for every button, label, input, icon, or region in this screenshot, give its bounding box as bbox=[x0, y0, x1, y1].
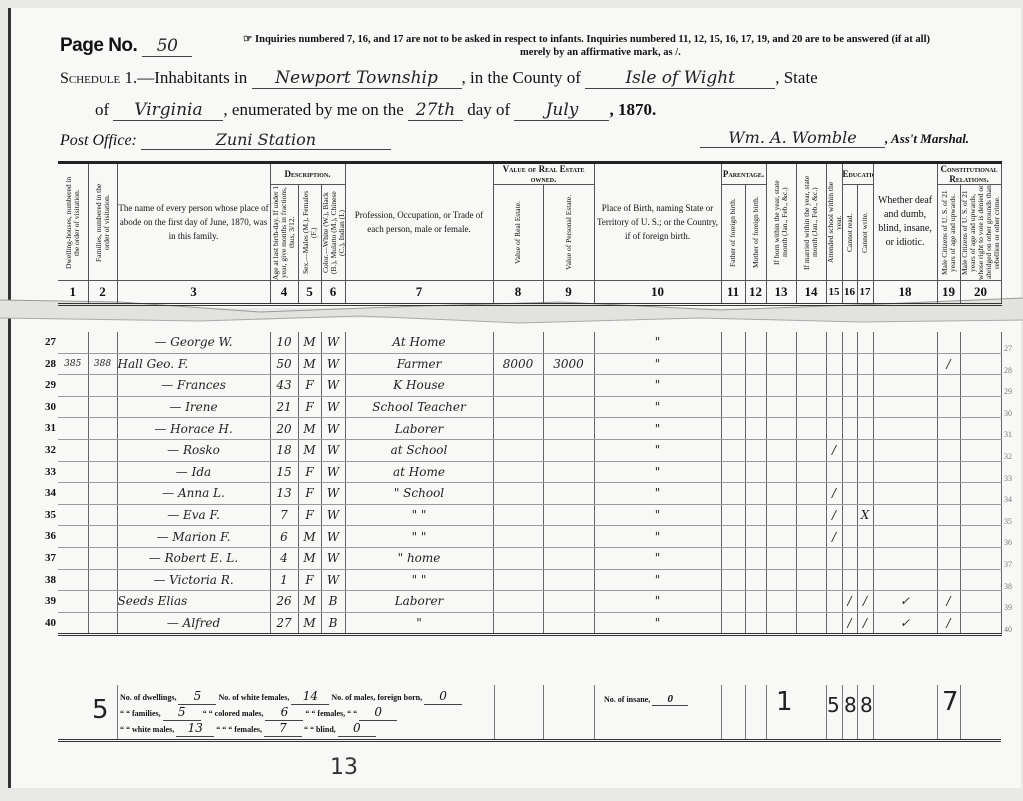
cell-married-month bbox=[796, 612, 826, 635]
cell-name: — Victoria R. bbox=[117, 569, 270, 591]
group-header-education: Education. bbox=[842, 163, 873, 185]
cell-name: — Anna L. bbox=[117, 483, 270, 505]
cell-school: / bbox=[826, 483, 842, 505]
cell-cannot-read bbox=[842, 547, 857, 569]
cell-cannot-read bbox=[842, 418, 857, 440]
post-office-label: Post Office: bbox=[60, 132, 141, 149]
cell-school: / bbox=[826, 439, 842, 461]
cell-born-month bbox=[766, 547, 796, 569]
cell-birthplace: " bbox=[594, 612, 721, 635]
cell-vote-denied bbox=[960, 504, 1001, 526]
cell-father-foreign bbox=[721, 591, 745, 613]
cell-age: 27 bbox=[270, 612, 298, 635]
cell-cannot-write bbox=[857, 483, 873, 505]
cell-father-foreign bbox=[721, 332, 745, 353]
cell-vote-denied bbox=[960, 353, 1001, 375]
cell-name: — Marion F. bbox=[117, 526, 270, 548]
line-number: 31 bbox=[30, 418, 56, 440]
cell-mother-foreign bbox=[745, 375, 766, 397]
cell-name: Hall Geo. F. bbox=[117, 353, 270, 375]
line-number: 30 bbox=[30, 397, 56, 419]
post-office-line: Post Office: Zuni Station bbox=[60, 130, 391, 150]
cell-dwelling bbox=[58, 569, 88, 591]
column-number-row: 1 2 3 4 5 6 7 8 9 10 11 12 13 14 15 16 1… bbox=[58, 281, 1001, 305]
col-number: 18 bbox=[873, 281, 937, 305]
line-number: 40 bbox=[1004, 613, 1020, 635]
col-number: 1 bbox=[58, 281, 88, 305]
foreign-females-label: “ “ females, “ “ bbox=[305, 709, 357, 718]
county-label: , in the County of bbox=[462, 68, 586, 87]
cell-birthplace: " bbox=[594, 504, 721, 526]
page-summary: 5 No. of dwellings, 5 No. of white femal… bbox=[58, 685, 1001, 742]
cell-occupation: at School bbox=[345, 439, 493, 461]
cell-male-citizen: / bbox=[937, 353, 960, 375]
cell-age: 43 bbox=[270, 375, 298, 397]
cell-sex: M bbox=[298, 418, 321, 440]
table-row: — Irene21FWSchool Teacher" bbox=[58, 396, 1001, 418]
cell-occupation: " " bbox=[345, 504, 493, 526]
cell-father-foreign bbox=[721, 526, 745, 548]
cell-sex: M bbox=[298, 439, 321, 461]
cell-age: 26 bbox=[270, 591, 298, 613]
cell-male-citizen bbox=[937, 526, 960, 548]
cell-vote-denied bbox=[960, 461, 1001, 483]
of-label: of bbox=[95, 100, 113, 119]
table-row: 385388Hall Geo. F.50MWFarmer80003000"/ bbox=[58, 353, 1001, 375]
cell-name: — Irene bbox=[117, 396, 270, 418]
cell-color: W bbox=[321, 483, 345, 505]
cell-father-foreign bbox=[721, 375, 745, 397]
cell-name: — Horace H. bbox=[117, 418, 270, 440]
cell-born-month bbox=[766, 504, 796, 526]
cell-married-month bbox=[796, 461, 826, 483]
cell-married-month bbox=[796, 526, 826, 548]
cell-occupation: At Home bbox=[345, 332, 493, 353]
cell-name: — Ida bbox=[117, 461, 270, 483]
group-header-real-estate: Value of Real Estate owned. bbox=[493, 163, 594, 185]
cell-personal-estate bbox=[543, 439, 594, 461]
col-header-family: Families, numbered in the order of visit… bbox=[88, 163, 117, 281]
cell-cannot-write bbox=[857, 332, 873, 353]
line-number: 32 bbox=[1004, 440, 1020, 462]
cell-birthplace: " bbox=[594, 483, 721, 505]
cell-dwelling bbox=[58, 332, 88, 353]
cell-personal-estate bbox=[543, 418, 594, 440]
cell-birthplace: " bbox=[594, 396, 721, 418]
cell-male-citizen bbox=[937, 461, 960, 483]
col-number: 11 bbox=[721, 281, 745, 305]
cell-color: W bbox=[321, 396, 345, 418]
inquiry-line-2: merely by an affirmative mark, as /. bbox=[243, 46, 930, 59]
cell-mother-foreign bbox=[745, 418, 766, 440]
cell-personal-estate bbox=[543, 483, 594, 505]
col-header-male-citizens: Male Citizens of U. S. of 21 years of ag… bbox=[937, 185, 960, 281]
cell-dwelling bbox=[58, 504, 88, 526]
cell-occupation: Laborer bbox=[345, 418, 493, 440]
dwellings-count: 5 bbox=[178, 689, 216, 705]
cell-age: 4 bbox=[270, 547, 298, 569]
cell-real-estate bbox=[493, 375, 543, 397]
line-number: 29 bbox=[1004, 375, 1020, 397]
inhabitants-table: — George W.10MWAt Home" 385388Hall Geo. … bbox=[58, 332, 1002, 636]
col-number: 2 bbox=[88, 281, 117, 305]
cell-family bbox=[88, 547, 117, 569]
cell-school bbox=[826, 418, 842, 440]
marshal-line: Wm. A. Womble, Ass't Marshal. bbox=[700, 128, 969, 148]
cell-personal-estate bbox=[543, 332, 594, 353]
cell-dwelling bbox=[58, 526, 88, 548]
cell-deaf-blind bbox=[873, 418, 937, 440]
cell-name: — George W. bbox=[117, 332, 270, 353]
cell-male-citizen bbox=[937, 332, 960, 353]
insane-label: No. of insane, bbox=[604, 695, 650, 704]
cell-cannot-write bbox=[857, 396, 873, 418]
cell-real-estate bbox=[493, 332, 543, 353]
cell-real-estate bbox=[493, 591, 543, 613]
col-number: 16 bbox=[842, 281, 857, 305]
cell-cannot-read bbox=[842, 375, 857, 397]
cell-cannot-write bbox=[857, 547, 873, 569]
col-header-married-within-year: If married within the year, state month … bbox=[796, 163, 826, 281]
cell-real-estate bbox=[493, 439, 543, 461]
group-header-constitutional: Constitutional Relations. bbox=[937, 163, 1001, 185]
col-header-cannot-write: Cannot write. bbox=[857, 185, 873, 281]
col-header-real-estate: Value of Real Estate. bbox=[493, 185, 543, 281]
cell-father-foreign bbox=[721, 439, 745, 461]
cell-vote-denied bbox=[960, 591, 1001, 613]
cell-personal-estate bbox=[543, 461, 594, 483]
white-females-count: 14 bbox=[291, 689, 329, 705]
cell-deaf-blind bbox=[873, 526, 937, 548]
cell-deaf-blind: ✓ bbox=[873, 612, 937, 635]
blind-count: 0 bbox=[338, 721, 376, 737]
col-number: 20 bbox=[960, 281, 1001, 305]
cell-family bbox=[88, 439, 117, 461]
footer-annotation: 13 bbox=[330, 755, 358, 780]
cell-name: Seeds Elias bbox=[117, 591, 270, 613]
cell-cannot-write bbox=[857, 375, 873, 397]
table-row: — Ida15FWat Home" bbox=[58, 461, 1001, 483]
cell-cannot-read bbox=[842, 353, 857, 375]
col-header-dwelling: Dwelling-houses, numbered in the order o… bbox=[58, 163, 88, 281]
cell-color: B bbox=[321, 591, 345, 613]
cell-cannot-read bbox=[842, 569, 857, 591]
cell-sex: M bbox=[298, 547, 321, 569]
cell-born-month bbox=[766, 418, 796, 440]
cell-sex: F bbox=[298, 396, 321, 418]
cell-married-month bbox=[796, 504, 826, 526]
cell-born-month bbox=[766, 396, 796, 418]
cell-personal-estate bbox=[543, 591, 594, 613]
col-header-vote-denied: Male Citizens of U. S. of 21 years of ag… bbox=[960, 185, 1001, 281]
cell-age: 18 bbox=[270, 439, 298, 461]
col-header-sex: Sex.—Males (M.), Females (F.) bbox=[298, 185, 321, 281]
cell-mother-foreign bbox=[745, 332, 766, 353]
cell-name: — Alfred bbox=[117, 612, 270, 635]
col-header-deaf-blind: Whether deaf and dumb, blind, insane, or… bbox=[873, 163, 937, 281]
cell-occupation: Laborer bbox=[345, 591, 493, 613]
enumeration-line: of Virginia, enumerated by me on the 27t… bbox=[95, 100, 656, 121]
insane-count: 0 bbox=[652, 693, 688, 706]
cell-dwelling bbox=[58, 591, 88, 613]
cell-school bbox=[826, 569, 842, 591]
cell-school: / bbox=[826, 526, 842, 548]
cell-born-month bbox=[766, 353, 796, 375]
col-number: 15 bbox=[826, 281, 842, 305]
col-number: 6 bbox=[321, 281, 345, 305]
cell-cannot-read: / bbox=[842, 591, 857, 613]
line-number: 38 bbox=[1004, 570, 1020, 592]
cell-mother-foreign bbox=[745, 483, 766, 505]
cell-born-month bbox=[766, 461, 796, 483]
cell-school bbox=[826, 353, 842, 375]
cell-real-estate bbox=[493, 418, 543, 440]
cell-family bbox=[88, 375, 117, 397]
cell-birthplace: " bbox=[594, 353, 721, 375]
total-col16: 8 bbox=[844, 693, 857, 717]
foreign-males-count: 0 bbox=[424, 689, 462, 705]
cell-deaf-blind bbox=[873, 483, 937, 505]
cell-occupation: Farmer bbox=[345, 353, 493, 375]
cell-school bbox=[826, 375, 842, 397]
col-header-color: Color.—White (W.), Black (B.), Mulatto (… bbox=[321, 185, 345, 281]
cell-cannot-read: / bbox=[842, 612, 857, 635]
cell-personal-estate bbox=[543, 504, 594, 526]
cell-deaf-blind bbox=[873, 396, 937, 418]
cell-deaf-blind bbox=[873, 547, 937, 569]
cell-school bbox=[826, 612, 842, 635]
inquiry-note: ☞ Inquiries numbered 7, 16, and 17 are n… bbox=[243, 33, 930, 59]
cell-occupation: " " bbox=[345, 569, 493, 591]
col-number: 3 bbox=[117, 281, 270, 305]
marshal-name: Wm. A. Womble bbox=[700, 128, 885, 148]
cell-father-foreign bbox=[721, 461, 745, 483]
col-number: 4 bbox=[270, 281, 298, 305]
cell-family bbox=[88, 612, 117, 635]
line-number: 35 bbox=[30, 505, 56, 527]
cell-age: 1 bbox=[270, 569, 298, 591]
cell-color: W bbox=[321, 461, 345, 483]
cell-school bbox=[826, 396, 842, 418]
cell-dwelling bbox=[58, 375, 88, 397]
cell-family bbox=[88, 483, 117, 505]
cell-born-month bbox=[766, 332, 796, 353]
month-field: July bbox=[514, 100, 609, 121]
cell-father-foreign bbox=[721, 504, 745, 526]
cell-mother-foreign bbox=[745, 461, 766, 483]
table-row: — Eva F.7FW" ""/X bbox=[58, 504, 1001, 526]
cell-birthplace: " bbox=[594, 461, 721, 483]
line-numbers-left: 27 28 29 30 31 32 33 34 35 36 37 38 39 4… bbox=[30, 332, 56, 634]
schedule-line: Schedule 1.—Inhabitants in Newport Towns… bbox=[60, 68, 818, 89]
cell-vote-denied bbox=[960, 569, 1001, 591]
cell-color: W bbox=[321, 418, 345, 440]
cell-name: — Eva F. bbox=[117, 504, 270, 526]
cell-cannot-write: / bbox=[857, 612, 873, 635]
cell-deaf-blind bbox=[873, 461, 937, 483]
dwellings-label: No. of dwellings, bbox=[120, 693, 176, 702]
column-header-table: Dwelling-houses, numbered in the order o… bbox=[58, 161, 1002, 306]
cell-vote-denied bbox=[960, 547, 1001, 569]
table-row: — Horace H.20MWLaborer" bbox=[58, 418, 1001, 440]
col-number: 19 bbox=[937, 281, 960, 305]
col-header-born-within-year: If born within the year, state month (Ja… bbox=[766, 163, 796, 281]
line-number: 37 bbox=[1004, 548, 1020, 570]
cell-cannot-read bbox=[842, 526, 857, 548]
cell-male-citizen: / bbox=[937, 591, 960, 613]
cell-real-estate bbox=[493, 526, 543, 548]
cell-family bbox=[88, 526, 117, 548]
table-row: — Victoria R.1FW" "" bbox=[58, 569, 1001, 591]
cell-deaf-blind bbox=[873, 569, 937, 591]
line-number: 32 bbox=[30, 440, 56, 462]
cell-father-foreign bbox=[721, 569, 745, 591]
table-row: — George W.10MWAt Home" bbox=[58, 332, 1001, 353]
table-row: — Frances43FWK House" bbox=[58, 375, 1001, 397]
line-number: 34 bbox=[1004, 483, 1020, 505]
cell-sex: F bbox=[298, 483, 321, 505]
cell-personal-estate bbox=[543, 375, 594, 397]
line-number: 36 bbox=[1004, 526, 1020, 548]
col-header-cannot-read: Cannot read. bbox=[842, 185, 857, 281]
cell-school bbox=[826, 461, 842, 483]
cell-vote-denied bbox=[960, 439, 1001, 461]
cell-born-month bbox=[766, 439, 796, 461]
cell-dwelling: 385 bbox=[58, 353, 88, 375]
col-number: 10 bbox=[594, 281, 721, 305]
cell-male-citizen bbox=[937, 396, 960, 418]
cell-married-month bbox=[796, 353, 826, 375]
page-number-line: Page No. 50 bbox=[60, 35, 192, 57]
cell-mother-foreign bbox=[745, 526, 766, 548]
col-header-occupation: Profession, Occupation, or Trade of each… bbox=[345, 163, 493, 281]
table-row: — Anna L.13FW" School"/ bbox=[58, 483, 1001, 505]
cell-family bbox=[88, 504, 117, 526]
group-header-description: Description. bbox=[270, 163, 345, 185]
cell-personal-estate bbox=[543, 612, 594, 635]
cell-father-foreign bbox=[721, 353, 745, 375]
foreign-females-count: 0 bbox=[359, 705, 397, 721]
foreign-males-label: No. of males, foreign born, bbox=[331, 693, 422, 702]
line-number: 36 bbox=[30, 526, 56, 548]
line-number: 40 bbox=[30, 613, 56, 635]
pointing-hand-icon: ☞ bbox=[243, 34, 252, 45]
col-header-mother-foreign: Mother of foreign birth. bbox=[745, 185, 766, 281]
line-number: 27 bbox=[1004, 332, 1020, 354]
cell-color: W bbox=[321, 569, 345, 591]
cell-dwelling bbox=[58, 396, 88, 418]
cell-married-month bbox=[796, 483, 826, 505]
cell-married-month bbox=[796, 332, 826, 353]
cell-birthplace: " bbox=[594, 332, 721, 353]
cell-vote-denied bbox=[960, 332, 1001, 353]
cell-name: — Frances bbox=[117, 375, 270, 397]
cell-sex: F bbox=[298, 461, 321, 483]
cell-birthplace: " bbox=[594, 375, 721, 397]
cell-cannot-write bbox=[857, 418, 873, 440]
cell-deaf-blind bbox=[873, 353, 937, 375]
cell-real-estate bbox=[493, 569, 543, 591]
white-males-label: “ “ white males, bbox=[120, 725, 174, 734]
cell-dwelling bbox=[58, 547, 88, 569]
cell-personal-estate bbox=[543, 396, 594, 418]
col-number: 14 bbox=[796, 281, 826, 305]
cell-sex: M bbox=[298, 526, 321, 548]
col-number: 7 bbox=[345, 281, 493, 305]
cell-name: — Rosko bbox=[117, 439, 270, 461]
cell-vote-denied bbox=[960, 418, 1001, 440]
cell-age: 50 bbox=[270, 353, 298, 375]
page-number: 50 bbox=[142, 36, 192, 57]
cell-real-estate bbox=[493, 396, 543, 418]
cell-mother-foreign bbox=[745, 353, 766, 375]
families-label: “ “ families, bbox=[120, 709, 161, 718]
inquiry-line-1: Inquiries numbered 7, 16, and 17 are not… bbox=[255, 34, 930, 45]
cell-born-month bbox=[766, 569, 796, 591]
line-number: 37 bbox=[30, 548, 56, 570]
cell-color: W bbox=[321, 375, 345, 397]
cell-mother-foreign bbox=[745, 569, 766, 591]
cell-family bbox=[88, 332, 117, 353]
cell-cannot-write: X bbox=[857, 504, 873, 526]
cell-male-citizen bbox=[937, 569, 960, 591]
cell-school: / bbox=[826, 504, 842, 526]
cell-mother-foreign bbox=[745, 504, 766, 526]
cell-vote-denied bbox=[960, 375, 1001, 397]
cell-color: W bbox=[321, 504, 345, 526]
cell-father-foreign bbox=[721, 612, 745, 635]
cell-male-citizen bbox=[937, 375, 960, 397]
line-number: 39 bbox=[1004, 591, 1020, 613]
cell-cannot-read bbox=[842, 504, 857, 526]
line-number: 31 bbox=[1004, 418, 1020, 440]
total-col17: 8 bbox=[860, 693, 873, 717]
cell-married-month bbox=[796, 547, 826, 569]
cell-cannot-read bbox=[842, 332, 857, 353]
col-header-attended-school: Attended school within the year. bbox=[826, 163, 842, 281]
cell-born-month bbox=[766, 612, 796, 635]
line-number: 34 bbox=[30, 483, 56, 505]
cell-sex: M bbox=[298, 353, 321, 375]
col-number: 17 bbox=[857, 281, 873, 305]
total-col13: 1 bbox=[776, 687, 793, 717]
total-col19: 7 bbox=[942, 687, 959, 717]
white-males-count: 13 bbox=[176, 721, 214, 737]
col-header-father-foreign: Father of foreign birth. bbox=[721, 185, 745, 281]
col-number: 8 bbox=[493, 281, 543, 305]
cell-cannot-read bbox=[842, 483, 857, 505]
cell-male-citizen bbox=[937, 547, 960, 569]
schedule-label: Schedule bbox=[60, 70, 120, 87]
margin-tally: 5 bbox=[92, 695, 109, 725]
cell-male-citizen: / bbox=[937, 612, 960, 635]
table-row: Seeds Elias26MBLaborer"//✓/ bbox=[58, 591, 1001, 613]
cell-color: W bbox=[321, 353, 345, 375]
cell-real-estate: 8000 bbox=[493, 353, 543, 375]
total-col15: 5 bbox=[827, 693, 840, 717]
cell-mother-foreign bbox=[745, 547, 766, 569]
cell-occupation: " bbox=[345, 612, 493, 635]
colored-females-label: “ “ “ females, bbox=[216, 725, 262, 734]
cell-male-citizen bbox=[937, 483, 960, 505]
cell-mother-foreign bbox=[745, 396, 766, 418]
cell-family bbox=[88, 591, 117, 613]
cell-dwelling bbox=[58, 483, 88, 505]
state-field: Virginia bbox=[113, 100, 223, 121]
cell-color: W bbox=[321, 332, 345, 353]
table-row: — Rosko18MWat School"/ bbox=[58, 439, 1001, 461]
table-row: — Robert E. L.4MW" home" bbox=[58, 547, 1001, 569]
